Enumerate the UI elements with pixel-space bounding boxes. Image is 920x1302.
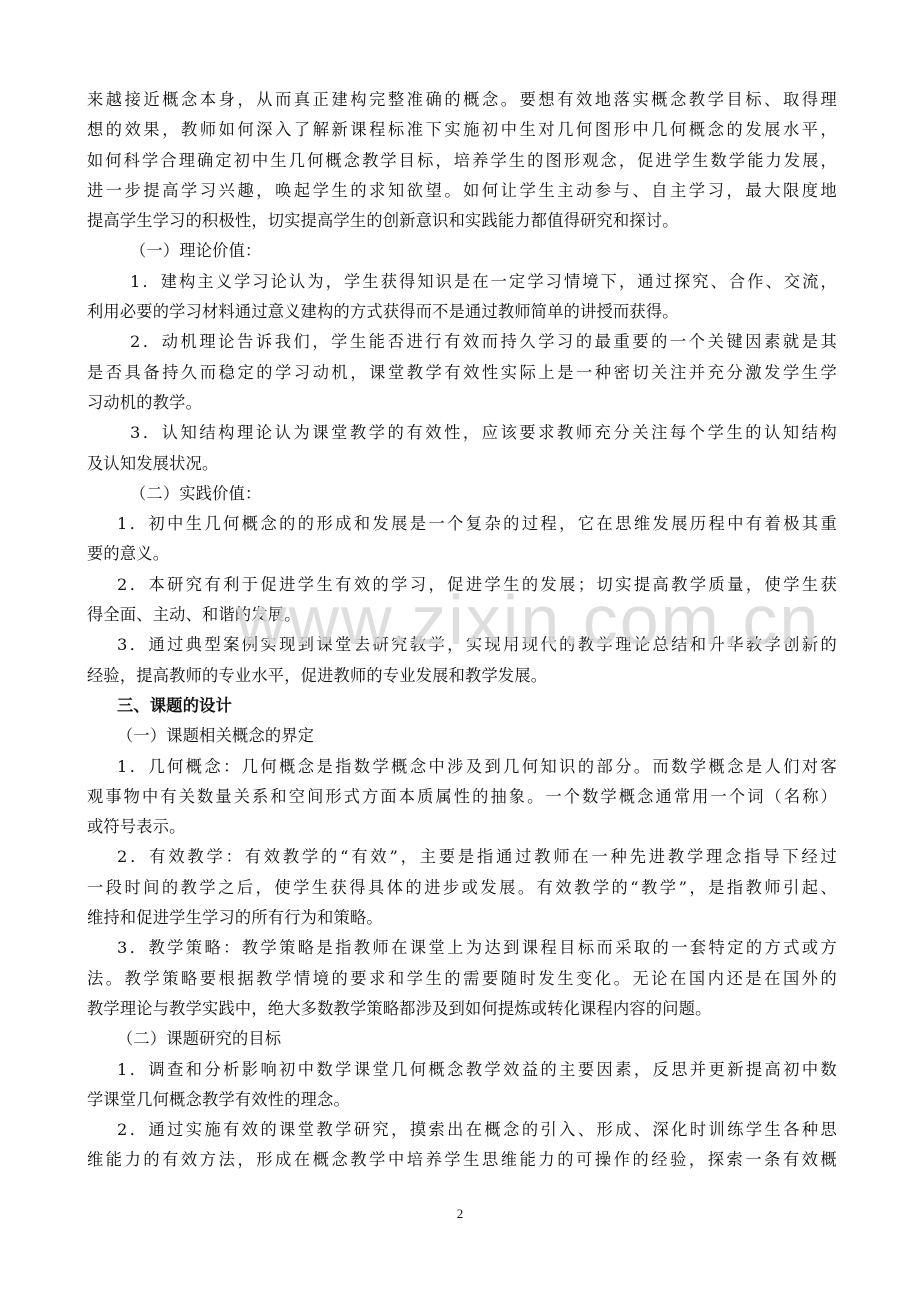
section-heading-theory-value: （一）理论价值： bbox=[87, 236, 837, 266]
section-heading-practice-value: （二）实践价值： bbox=[87, 479, 837, 509]
text-line: 或符号表示。 bbox=[87, 812, 837, 842]
text-line: 1．建构主义学习论认为，学生获得知识是在一定学习情境下，通过探究、合作、交流， bbox=[87, 267, 837, 297]
text-line: 1．初中生几何概念的的形成和发展是一个复杂的过程，它在思维发展历程中有着极其重 bbox=[87, 509, 837, 539]
text-line: 2．本研究有利于促进学生有效的学习，促进学生的发展；切实提高教学质量，使学生获 bbox=[87, 570, 837, 600]
text-line: 1．调查和分析影响初中数学课堂几何概念教学效益的主要因素，反思并更新提高初中数 bbox=[87, 1055, 837, 1085]
text-line: 如何科学合理确定初中生几何概念教学目标，培养学生的图形观念，促进学生数学能力发展… bbox=[87, 146, 837, 176]
text-line: 习动机的教学。 bbox=[87, 388, 837, 418]
text-line: 要的意义。 bbox=[87, 539, 837, 569]
text-line: 来越接近概念本身，从而真正建构完整准确的概念。要想有效地落实概念教学目标、取得理 bbox=[87, 85, 837, 115]
page-number: 2 bbox=[0, 1206, 920, 1222]
text-line: 经验，提高教师的专业水平，促进教师的专业发展和教学发展。 bbox=[87, 661, 837, 691]
text-line: 一段时间的教学之后，使学生获得具体的进步或发展。有效教学的“教学”，是指教师引起… bbox=[87, 873, 837, 903]
subsection-heading-concept-definition: （一）课题相关概念的界定 bbox=[87, 721, 837, 751]
text-line: 观事物中有关数量关系和空间形式方面本质属性的抽象。一个数学概念通常用一个词（名称… bbox=[87, 782, 837, 812]
text-line: 2．通过实施有效的课堂教学研究，摸索出在概念的引入、形成、深化时训练学生各种思 bbox=[87, 1115, 837, 1145]
text-line: 利用必要的学习材料通过意义建构的方式获得而不是通过教师简单的讲授而获得。 bbox=[87, 297, 837, 327]
text-line: 2．有效教学：有效教学的“有效”，主要是指通过教师在一种先进教学理念指导下经过 bbox=[87, 842, 837, 872]
document-body: 来越接近概念本身，从而真正建构完整准确的概念。要想有效地落实概念教学目标、取得理… bbox=[87, 85, 837, 1176]
text-line: 3．认知结构理论认为课堂教学的有效性，应该要求教师充分关注每个学生的认知结构 bbox=[87, 418, 837, 448]
text-line: 3．通过典型案例实现到课堂去研究教学，实现用现代的教学理论总结和升华教学创新的 bbox=[87, 630, 837, 660]
text-line: 及认知发展状况。 bbox=[87, 449, 837, 479]
text-line: 教学理论与教学实践中，绝大多数教学策略都涉及到如何提炼或转化课程内容的问题。 bbox=[87, 994, 837, 1024]
text-line: 维持和促进学生学习的所有行为和策略。 bbox=[87, 903, 837, 933]
text-line: 是否具备持久而稳定的学习动机，课堂教学有效性实际上是一种密切关注并充分激发学生学 bbox=[87, 358, 837, 388]
subsection-heading-research-goals: （二）课题研究的目标 bbox=[87, 1024, 837, 1054]
text-line: 得全面、主动、和谐的发展。 bbox=[87, 600, 837, 630]
text-line: 维能力的有效方法，形成在概念教学中培养学生思维能力的可操作的经验，探索一条有效概 bbox=[87, 1145, 837, 1175]
document-page: 来越接近概念本身，从而真正建构完整准确的概念。要想有效地落实概念教学目标、取得理… bbox=[0, 0, 920, 1302]
text-line: 学课堂几何概念教学有效性的理念。 bbox=[87, 1085, 837, 1115]
section-heading-topic-design: 三、课题的设计 bbox=[87, 691, 837, 721]
text-line: 3．教学策略：教学策略是指教师在课堂上为达到课程目标而采取的一套特定的方式或方 bbox=[87, 933, 837, 963]
text-line: 提高学生学习的积极性，切实提高学生的创新意识和实践能力都值得研究和探讨。 bbox=[87, 206, 837, 236]
text-line: 进一步提高学习兴趣，唤起学生的求知欲望。如何让学生主动参与、自主学习，最大限度地 bbox=[87, 176, 837, 206]
text-line: 2．动机理论告诉我们，学生能否进行有效而持久学习的最重要的一个关键因素就是其 bbox=[87, 327, 837, 357]
text-line: 1．几何概念：几何概念是指数学概念中涉及到几何知识的部分。而数学概念是人们对客 bbox=[87, 752, 837, 782]
text-line: 法。教学策略要根据教学情境的要求和学生的需要随时发生变化。无论在国内还是在国外的 bbox=[87, 964, 837, 994]
text-line: 想的效果，教师如何深入了解新课程标准下实施初中生对几何图形中几何概念的发展水平， bbox=[87, 115, 837, 145]
